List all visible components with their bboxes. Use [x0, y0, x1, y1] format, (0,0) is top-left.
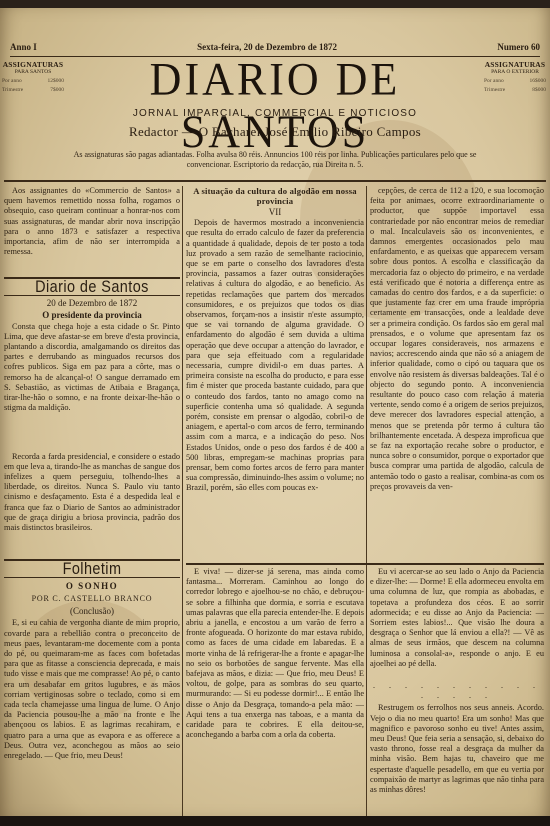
subscription-terms: As assignaturas são pagas adiantadas. Fo… — [8, 150, 542, 170]
masthead: ASSIGNATURAS PARA SANTOS Por anno12$000 … — [0, 58, 550, 106]
story-paragraph: E viva! — dizer-se já serena, mas ainda … — [186, 567, 364, 740]
price-value: 12$000 — [48, 78, 65, 85]
price-value: 7$000 — [50, 87, 64, 94]
issue-number: Numero 60 — [497, 42, 540, 52]
story-author: POR C. CASTELLO BRANCO — [4, 594, 180, 604]
article-headline: O presidente da provincia — [4, 310, 180, 320]
story-paragraph: Eu vi acercar-se ao seu lado o Anjo da P… — [370, 567, 544, 669]
notice-text: Aos assignantes do «Commercio de Santos»… — [4, 186, 180, 257]
price-label: Por anno — [484, 78, 504, 85]
section-title: Diario de Santos — [17, 282, 167, 292]
subscription-subheading: PARA SANTOS — [2, 69, 64, 76]
article-body: Depois de havermos mostrado a inconvenie… — [186, 218, 364, 567]
article-part: VII — [186, 207, 364, 217]
article-title: A situação da cultura do algodão em noss… — [186, 186, 364, 206]
article-body: Consta que chega hoje a esta cidade o Sr… — [4, 322, 180, 452]
article-paragraph: Recorda a farda presidencial, e consider… — [4, 452, 180, 534]
subscription-subheading: PARA O EXTERIOR — [484, 69, 546, 76]
subscription-heading: ASSIGNATURAS — [484, 60, 546, 69]
price-value: 8$000 — [532, 87, 546, 94]
folhetim-continued-col2: E viva! — dizer-se já serena, mas ainda … — [186, 567, 364, 815]
terms-line: As assignaturas são pagas adiantadas. Fo… — [8, 150, 542, 160]
issue-date: Sexta-feira, 20 de Dezembro de 1872 — [197, 42, 337, 52]
article-body-continued: cepções, de cerca de 112 a 120, e sua lo… — [370, 186, 544, 560]
scan-edge-top — [0, 0, 550, 8]
story-paragraph: Restrugem os ferrolhos nos seus anneis. … — [370, 703, 544, 795]
price-value: 16$000 — [530, 78, 547, 85]
price-label: Trimestre — [2, 87, 23, 94]
year-label: Anno I — [10, 42, 37, 52]
tagline: JORNAL IMPARCIAL, COMMERCIAL E NOTICIOSO — [0, 108, 550, 119]
price-label: Por anno — [2, 78, 22, 85]
story-body: E, si eu cahia de vergonha diante de mim… — [4, 618, 180, 776]
story-paragraph: E, si eu cahia de vergonha diante de mim… — [4, 618, 180, 761]
folhetim-continued-col3: Eu vi acercar-se ao seu lado o Anjo da P… — [370, 567, 544, 815]
terms-line: convencionar. Escriptorio da redacção, r… — [8, 160, 542, 170]
article-paragraph: Consta que chega hoje a esta cidade o Sr… — [4, 322, 180, 414]
price-label: Trimestre — [484, 87, 505, 94]
newspaper-page: Anno I Sexta-feira, 20 de Dezembro de 18… — [0, 0, 550, 826]
story-title: O SONHO — [4, 581, 180, 591]
newspaper-title: DIARIO DE SANTOS — [68, 54, 482, 159]
header-rule — [4, 180, 546, 182]
subscription-heading: ASSIGNATURAS — [2, 60, 64, 69]
article-paragraph: Depois de havermos mostrado a inconvenie… — [186, 218, 364, 493]
column-3: cepções, de cerca de 112 a 120, e sua lo… — [370, 186, 544, 560]
article-paragraph: cepções, de cerca de 112 a 120, e sua lo… — [370, 186, 544, 492]
column-1: Aos assignantes do «Commercio de Santos»… — [4, 186, 180, 776]
subscription-box-local: ASSIGNATURAS PARA SANTOS Por anno12$000 … — [2, 60, 64, 94]
column-divider — [182, 186, 183, 826]
subscriber-notice: Aos assignantes do «Commercio de Santos»… — [4, 186, 180, 274]
column-2: A situação da cultura do algodão em noss… — [186, 186, 364, 567]
subscription-box-exterior: ASSIGNATURAS PARA O EXTERIOR Por anno16$… — [484, 60, 546, 94]
ellipsis-divider: . . . . . . . . . . . . . . . . — [370, 681, 544, 701]
scan-edge-bottom — [0, 816, 550, 826]
editor-line: Redactor — O Bacharel José Emilio Ribeir… — [0, 124, 550, 140]
folhetim-title: Folhetim — [17, 564, 167, 574]
folhetim-rule — [186, 563, 544, 565]
section-date: 20 de Dezembro de 1872 — [4, 298, 180, 308]
column-divider — [366, 186, 367, 826]
story-note: (Conclusão) — [4, 606, 180, 616]
article-body-cont: Recorda a farda presidencial, e consider… — [4, 452, 180, 556]
